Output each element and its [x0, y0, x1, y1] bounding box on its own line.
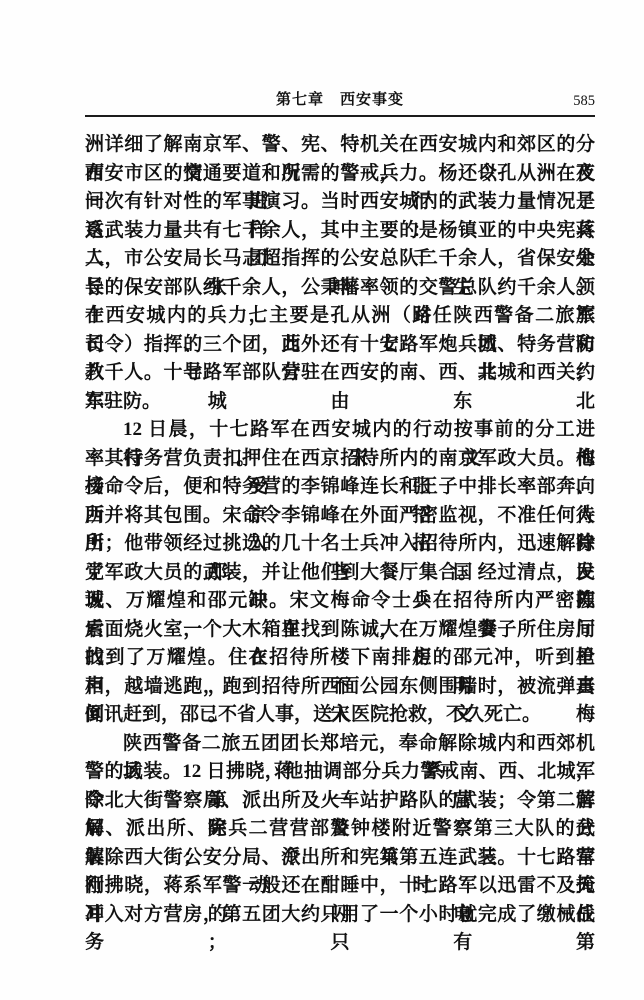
text-line: 找到了万耀煌。住在招待所楼下南排房的邵元冲，听到枪声，不明真: [85, 644, 595, 673]
text-line: 所并将其包围。宋命令李锦峰在外面严密监视，不准任何人出入招待: [85, 502, 595, 531]
text-line: 党军政大员的武装，并让他们到大餐厅集合。经过清点，发现缺少陈: [85, 559, 595, 588]
text-line: 一次有针对性的军事演习。当时西安城内的武装力量情况是这样：蒋: [85, 188, 595, 217]
book-page: 第七章 西安事变 585 洲详细了解南京军、警、宪、特机关在西安城内和郊区的分布…: [0, 0, 644, 1000]
text-line: 杨命令后，便和特务营的李锦峰连长和王子中排长率部奔向西京招待: [85, 473, 595, 502]
text-line: 陕西警备二旅五团团长郑培元，奉命解除城内和西郊机场蒋系军: [85, 730, 595, 759]
text-line: 人，市公安局长马志超指挥的公安总队二千余人，省保安处长张坤生领: [85, 245, 595, 274]
text-line: 相，越墙逃跑，跑到招待所西面公园东侧围墙时，被流弹击倒。宋文梅: [85, 673, 595, 702]
text-line: 诚、万耀煌和邵元冲。宋文梅命令士兵在招待所内严密搜索，在大餐厅: [85, 587, 595, 616]
text-line: 12 日晨，十七路军在西安城内的行动按事前的分工进行。宋文梅: [85, 416, 595, 445]
text-line: 西安市区的交通要道和所需的警戒兵力。杨还令孔从洲在夜间进行了: [85, 160, 595, 189]
text-line: 系武装力量共有七千余人，其中主要的是杨镇亚的中央宪兵二团千余: [85, 217, 595, 246]
text-line: 率其特务营负责扣押住在西京招待所内的南京军政大员。他接受张、: [85, 445, 595, 474]
running-header: 第七章 西安事变 585: [85, 90, 595, 111]
text-line: 解除西大街公安分局、派出所和宪兵第五连武装。十七路军行动时天: [85, 844, 595, 873]
page-number: 585: [573, 92, 595, 110]
text-line: 刚拂晓，蒋系军警一般还在酣睡中，十七路军以迅雷不及掩耳的闪电战: [85, 872, 595, 901]
text-line: 在西安城内的兵力，主要是孔从洲（时任陕西警备二旅旅长、西安城防: [85, 302, 595, 331]
text-line: 八千人。十七路军部队分驻在西安的南、西、北城和西关；东城由东北: [85, 359, 595, 388]
text-line: 司令）指挥的三个团，此外还有十七路军炮兵团、特务营和教导营，共约: [85, 331, 595, 360]
text-line: 警的武装。12 日拂晓，他抽调部分兵力警戒南、西、北城，令第一营解: [85, 758, 595, 787]
text-line: 除北大街警察局、派出所及火车站护路队的武装；令第二营解除警察分: [85, 787, 595, 816]
body-lines: 洲详细了解南京军、警、宪、特机关在西安城内和郊区的分布情况，以及西安市区的交通要…: [85, 131, 595, 929]
text-line: 后面烧火室一个大木箱里找到陈诚，在万耀煌妻子所住房间的衣柜里: [85, 616, 595, 645]
text-line: 洲详细了解南京军、警、宪、特机关在西安城内和郊区的分布情况，以及: [85, 131, 595, 160]
text-line: 闻讯赶到，邵已不省人事，送入医院抢救，不久死亡。: [85, 701, 595, 730]
text-line: 所；他带领经过挑选的几十名士兵冲入招待所内，迅速解除了那些国民: [85, 530, 595, 559]
text-line: 冲入对方营房，第五团大约只用了一个小时就完成了缴械任务；只有第: [85, 901, 595, 930]
text-line: 导的保安部队约千余人，公秉藩率领的交警总队约千余人。十七路军: [85, 274, 595, 303]
page-content: 第七章 西安事变 585 洲详细了解南京军、警、宪、特机关在西安城内和郊区的分布…: [85, 90, 595, 929]
chapter-title: 第七章 西安事变: [85, 90, 595, 111]
header-rule: [85, 115, 595, 117]
text-line: 局、派出所、宪兵二营营部及钟楼附近警察第三大队的武装；令第三营: [85, 815, 595, 844]
